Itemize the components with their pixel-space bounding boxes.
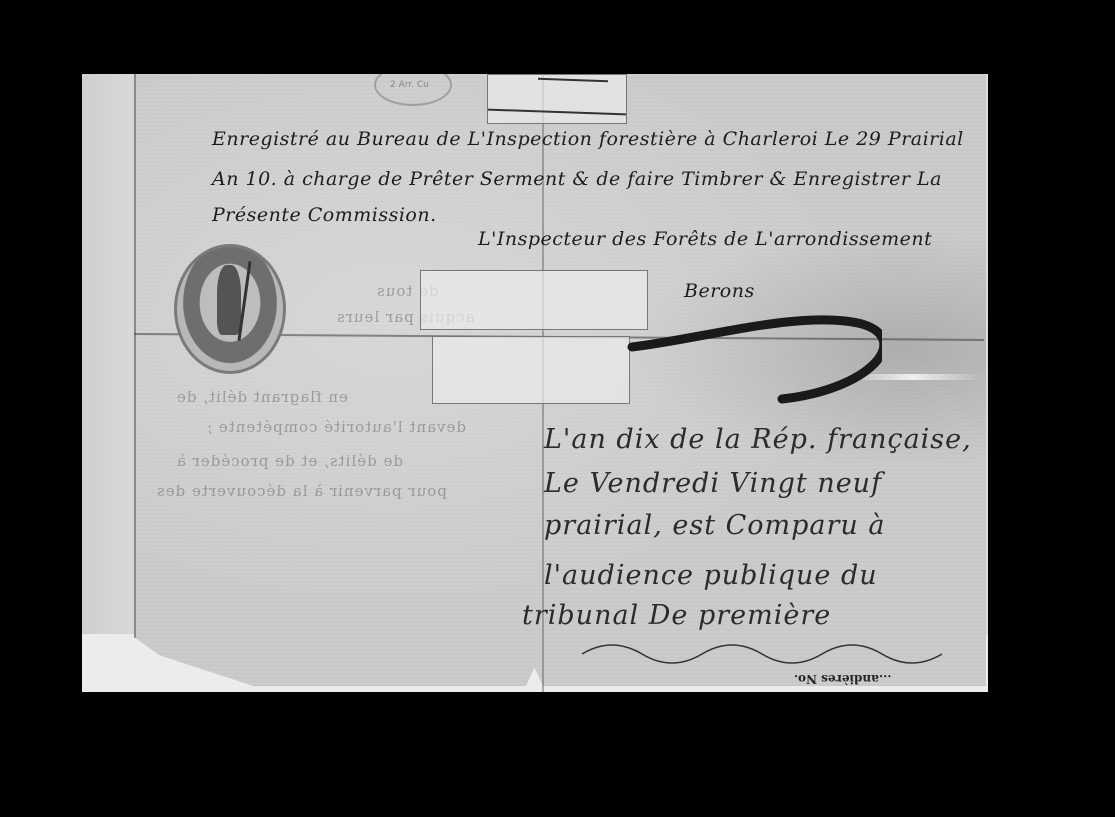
printed-show-through: en flagrant délit, de — [176, 388, 348, 406]
hearing-line-3: prairial, est Comparu à — [544, 510, 886, 541]
ink-flourish-icon — [622, 299, 882, 409]
hearing-line-5: tribunal De première — [522, 600, 831, 631]
scan-backing — [82, 74, 136, 692]
seal-figure — [217, 265, 241, 335]
paper-patch-top — [487, 74, 627, 124]
printed-show-through: de délits, et de procéder à — [176, 452, 403, 470]
registration-line-4: L'Inspecteur des Forêts de L'arrondissem… — [478, 228, 932, 250]
registration-line-2: An 10. à charge de Prêter Serment & de f… — [212, 168, 942, 190]
paper-patch-1 — [420, 270, 648, 330]
embossed-seal-icon — [174, 244, 286, 374]
registration-line-1: Enregistré au Bureau de L'Inspection for… — [212, 128, 964, 150]
hearing-line-1: L'an dix de la Rép. française, — [544, 424, 972, 455]
printed-footer: ...andières No. — [794, 672, 891, 686]
registration-line-3: Présente Commission. — [212, 204, 437, 226]
paper-patch-2 — [432, 336, 630, 404]
printed-show-through: devant l'autorité compétente ; — [206, 418, 466, 436]
hearing-line-4: l'audience publique du — [544, 560, 878, 591]
printed-show-through: pour parvenir à la découverte des — [156, 482, 447, 500]
document-scan: de tous acquis par leurs en flagrant dél… — [82, 74, 988, 692]
closing-flourish-icon — [572, 634, 972, 674]
hearing-line-2: Le Vendredi Vingt neuf — [544, 468, 882, 499]
